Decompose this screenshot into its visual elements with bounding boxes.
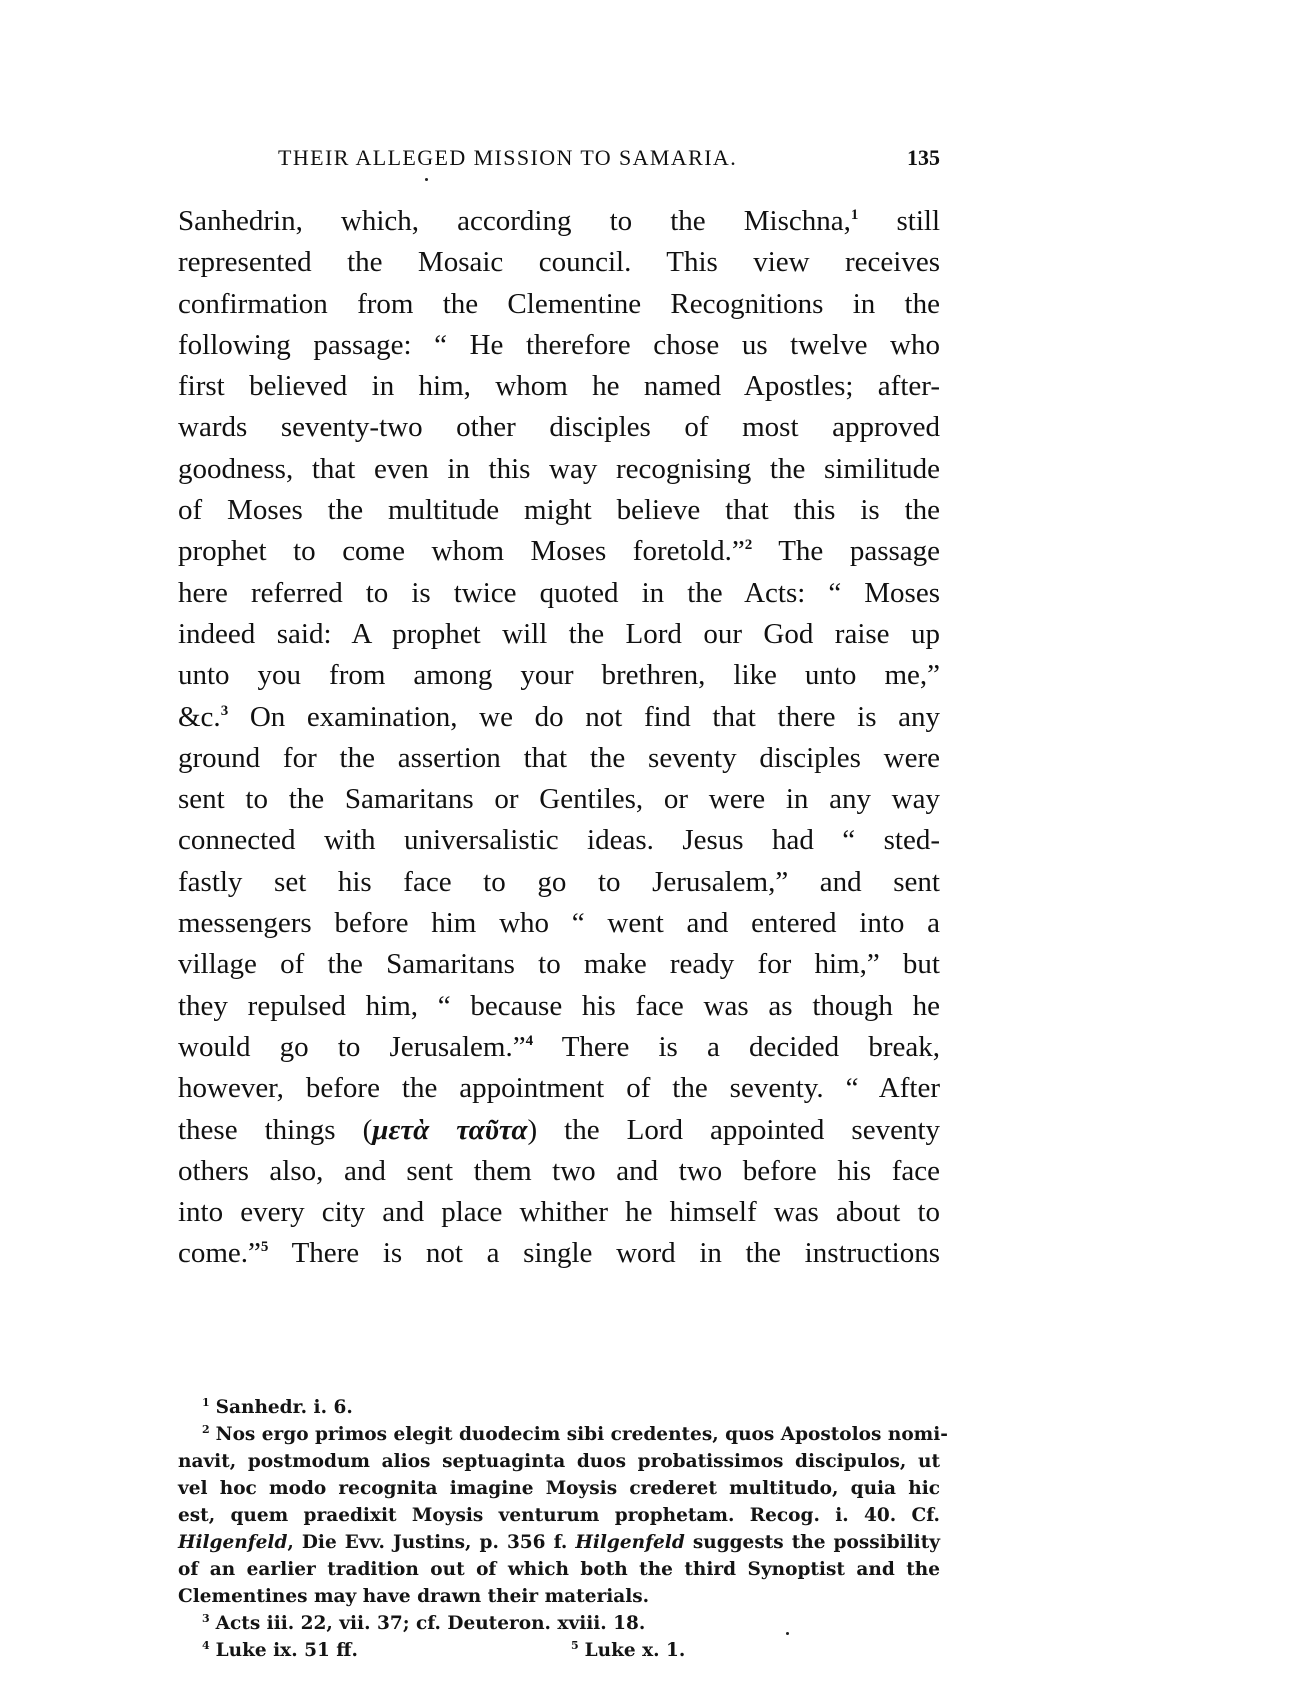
text-segment: &c. [178, 701, 221, 733]
text-line: here referred to is twice quoted in the … [178, 573, 940, 614]
footnote-1: 1Sanhedr. i. 6. [178, 1394, 940, 1421]
text-segment: indeed said: A prophet will the Lord our… [178, 618, 940, 650]
author-name: Hilgenfeld [575, 1532, 684, 1553]
footnote-text: Acts iii. 22, vii. 37; cf. Deuteron. xvi… [216, 1613, 646, 1634]
running-head: THEIR ALLEGED MISSION TO SAMARIA. 135 [178, 145, 940, 175]
text-segment: into every city and place whither he him… [178, 1196, 940, 1228]
footnote-marker: 1 [202, 1396, 210, 1409]
text-segment: connected with universalistic ideas. Jes… [178, 824, 940, 856]
text-line: unto you from among your brethren, like … [178, 655, 940, 696]
text-line: however, before the appointment of the s… [178, 1068, 940, 1109]
footnote-text: Sanhedr. i. 6. [216, 1397, 353, 1418]
text-line: they repulsed him, “ because his face wa… [178, 986, 940, 1027]
text-segment: confirmation from the Clementine Recogni… [178, 288, 940, 320]
footnote-4: 4Luke ix. 51 ff. [202, 1637, 571, 1664]
text-segment: There is a decided break, [533, 1031, 940, 1063]
text-line: Sanhedrin, which, according to the Misch… [178, 201, 940, 242]
text-segment: There is not a single word in the instru… [268, 1237, 940, 1269]
text-line: of Moses the multitude might believe tha… [178, 490, 940, 531]
footnote-2-line-4: est, quem praedixit Moysis venturum prop… [178, 1502, 940, 1529]
text-line: &c.3 On examination, we do not find that… [178, 697, 940, 738]
footnote-text: Nos ergo primos elegit duodecim sibi cre… [216, 1424, 948, 1445]
text-segment: village of the Samaritans to make ready … [178, 948, 940, 980]
text-line: come.”5 There is not a single word in th… [178, 1233, 940, 1274]
text-segment: Sanhedrin, which, according to the Misch… [178, 205, 851, 237]
footnote-2-line-2: navit, postmodum alios septuaginta duos … [178, 1448, 940, 1475]
text-segment: however, before the appointment of the s… [178, 1072, 940, 1104]
text-segment: wards seventy-two other disciples of mos… [178, 411, 940, 443]
footnotes: 1Sanhedr. i. 6. 2Nos ergo primos elegit … [178, 1394, 940, 1664]
footnote-marker: 2 [202, 1423, 210, 1436]
text-segment: of Moses the multitude might believe tha… [178, 494, 940, 526]
text-segment: these things ( [178, 1114, 372, 1146]
text-segment: prophet to come whom Moses foretold.” [178, 535, 745, 567]
running-title: THEIR ALLEGED MISSION TO SAMARIA. [278, 145, 737, 171]
text-segment: here referred to is twice quoted in the … [178, 577, 940, 609]
text-line: represented the Mosaic council. This vie… [178, 242, 940, 283]
text-line: others also, and sent them two and two b… [178, 1151, 940, 1192]
text-line: confirmation from the Clementine Recogni… [178, 284, 940, 325]
citation-text: , Die Evv. Justins, p. 356 f. [287, 1532, 575, 1553]
text-line: into every city and place whither he him… [178, 1192, 940, 1233]
text-line: sent to the Samaritans or Gentiles, or w… [178, 779, 940, 820]
text-segment: represented the Mosaic council. This vie… [178, 246, 940, 278]
text-segment: following passage: “ He therefore chose … [178, 329, 940, 361]
text-line: following passage: “ He therefore chose … [178, 325, 940, 366]
text-segment: On examination, we do not find that ther… [228, 701, 940, 733]
text-segment: others also, and sent them two and two b… [178, 1155, 940, 1187]
text-segment: still [858, 205, 940, 237]
citation-text: suggests the possibility [685, 1532, 940, 1553]
text-line: fastly set his face to go to Jerusalem,”… [178, 862, 940, 903]
text-line: messengers before him who “ went and ent… [178, 903, 940, 944]
footnote-text: Luke ix. 51 ff. [216, 1640, 358, 1661]
text-segment: they repulsed him, “ because his face wa… [178, 990, 940, 1022]
footnote-row-4-5: 4Luke ix. 51 ff. 5Luke x. 1. [178, 1637, 940, 1664]
text-line: village of the Samaritans to make ready … [178, 944, 940, 985]
text-line: prophet to come whom Moses foretold.”2 T… [178, 531, 940, 572]
text-line: first believed in him, whom he named Apo… [178, 366, 940, 407]
text-line: would go to Jerusalem.”4 There is a deci… [178, 1027, 940, 1068]
text-segment: fastly set his face to go to Jerusalem,”… [178, 866, 940, 898]
footnote-2-line-6: of an earlier tradition out of which bot… [178, 1556, 940, 1583]
text-segment: The passage [752, 535, 940, 567]
footnote-marker: 5 [571, 1639, 579, 1652]
body-text: Sanhedrin, which, according to the Misch… [178, 201, 940, 1275]
page-number: 135 [907, 145, 940, 171]
footnote-2-line-5: Hilgenfeld, Die Evv. Justins, p. 356 f. … [178, 1529, 940, 1556]
text-segment: come.” [178, 1237, 261, 1269]
text-segment: first believed in him, whom he named Apo… [178, 370, 940, 402]
footnote-2-line-1: 2Nos ergo primos elegit duodecim sibi cr… [178, 1421, 940, 1448]
footnote-text: Luke x. 1. [585, 1640, 686, 1661]
footnote-marker: 3 [202, 1612, 210, 1625]
text-segment: messengers before him who “ went and ent… [178, 907, 940, 939]
text-line: goodness, that even in this way recognis… [178, 449, 940, 490]
footnote-3: 3Acts iii. 22, vii. 37; cf. Deuteron. xv… [178, 1610, 940, 1637]
text-line: wards seventy-two other disciples of mos… [178, 407, 940, 448]
text-line: ground for the assertion that the sevent… [178, 738, 940, 779]
footnote-2-line-3: vel hoc modo recognita imagine Moysis cr… [178, 1475, 940, 1502]
print-speck [425, 178, 428, 181]
text-segment: ) the Lord appointed seventy [527, 1114, 940, 1146]
footnote-reference: 4 [526, 1033, 534, 1049]
text-segment: unto you from among your brethren, like … [178, 659, 940, 691]
text-line: connected with universalistic ideas. Jes… [178, 820, 940, 861]
text-segment: would go to Jerusalem.” [178, 1031, 526, 1063]
print-speck [786, 1632, 789, 1635]
footnote-2-line-7: Clementines may have drawn their materia… [178, 1583, 940, 1610]
text-line: these things (μετὰ ταῦτα) the Lord appoi… [178, 1110, 940, 1151]
author-name: Hilgenfeld [178, 1532, 287, 1553]
footnote-5: 5Luke x. 1. [571, 1637, 940, 1664]
text-segment: sent to the Samaritans or Gentiles, or w… [178, 783, 940, 815]
text-segment: ground for the assertion that the sevent… [178, 742, 940, 774]
text-segment: goodness, that even in this way recognis… [178, 453, 940, 485]
footnote-marker: 4 [202, 1639, 210, 1652]
greek-phrase: μετὰ ταῦτα [372, 1114, 527, 1146]
text-line: indeed said: A prophet will the Lord our… [178, 614, 940, 655]
